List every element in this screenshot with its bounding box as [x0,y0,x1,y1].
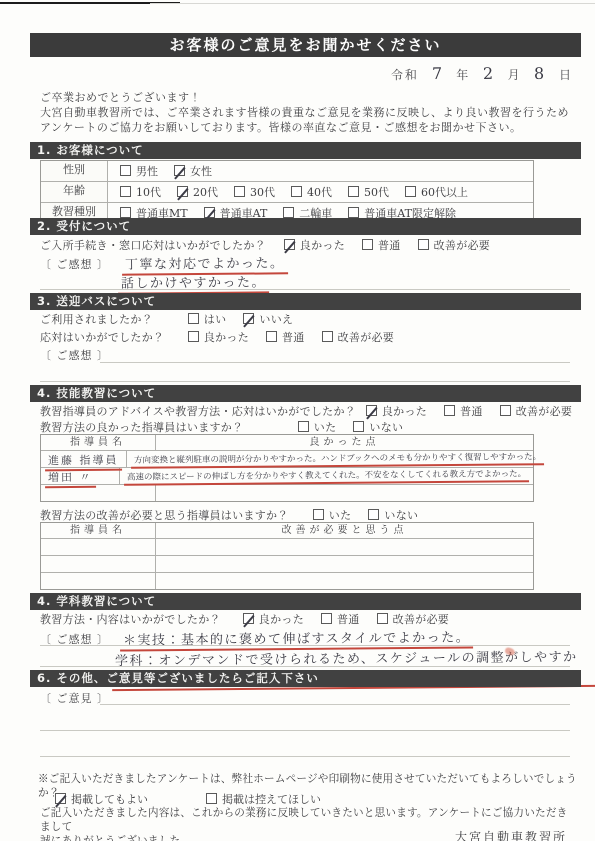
scan-edge-line-faint [150,3,595,4]
section-6-header: 6. その他、ご意見等ございましたらご記入下さい [30,670,581,687]
section-2-header: 2. 受付について [30,218,581,235]
section-3-header: 3. 送迎バスについて [30,293,581,310]
checkbox-unchecked-icon [418,239,429,250]
good-instructor-question-row: 教習方法の良かった指導員はいますか？ いたいない [40,420,420,435]
checkbox-option: 40代 [291,184,332,202]
date-line: 令和 7 年 2 月 8 日 [391,64,573,83]
checkbox-option: はい [188,312,227,327]
option-label: はい [204,313,227,326]
option-label: 改善が必要 [393,613,450,626]
handwritten-instructor-name: 増田 〃 [45,469,96,488]
publish-options: 掲載してもよい掲載は控えてほしい [55,788,379,807]
day-unit: 日 [559,68,573,82]
profile-row-label: 性別 [41,161,108,181]
checkbox-checked-icon [55,793,66,804]
option-label: 60代以上 [421,186,468,199]
checkbox-unchecked-icon [120,186,131,197]
table-header-row: 指導員名良かった点 [41,435,533,450]
improve-instructor-question: 教習方法の改善が必要と思う指導員はいますか？ [40,508,295,523]
bus-used-question-row: ご利用されましたか？ はいいいえ [40,312,310,327]
improve-instructor-table: 指導員名改善が必要と思う点 [40,522,534,590]
checkbox-checked-icon [204,207,215,218]
checkbox-option: いた [313,508,352,523]
option-label: 10代 [136,186,161,199]
good-instructor-options: いたいない [298,420,421,435]
option-label: 50代 [364,186,389,199]
checkbox-option: 30代 [234,184,275,202]
option-label: 普通 [460,405,483,418]
feedback-label: 〔 ご感想 〕 [40,258,109,271]
handwritten-instructor-comment: 方向変換と縦列駐車の説明が分かりやすかった。ハンドブックへのメモも分かりやすく復… [130,450,543,469]
option-label: 改善が必要 [434,239,491,252]
bus-used-question: ご利用されましたか？ [40,312,170,327]
school-signature: 大宮自動車教習所 [455,828,567,841]
month-unit: 月 [508,68,522,82]
checkbox-checked-icon [243,613,254,624]
checkbox-option: いない [368,508,418,523]
checkbox-unchecked-icon [188,331,199,342]
improve-instructor-options: いたいない [313,508,436,523]
section-1-header: 1. お客様について [30,142,581,159]
profile-row-options: 10代20代30代40代50代60代以上 [108,182,533,202]
checkbox-option: 普通 [362,238,401,253]
writing-rule-line [100,362,570,363]
era-label: 令和 [391,68,419,82]
option-label: 改善が必要 [516,405,573,418]
checkbox-option: いない [353,420,403,435]
profile-row-label: 年齢 [41,182,108,202]
option-label: 30代 [250,186,275,199]
table-header-cell: 指導員名 [41,435,156,450]
checkbox-option: 女性 [174,163,212,181]
writing-rule-line [40,756,570,757]
instructor-comment-cell: 高速の際にスピードの伸ばし方を分かりやすく教えてくれた。不安をなくしてくれる教え… [120,468,533,484]
checkbox-option: 60代以上 [405,184,468,202]
checkbox-unchecked-icon [353,421,364,432]
checkbox-option: 50代 [348,184,389,202]
intro-line: ご卒業おめでとうございます！ [40,90,569,105]
table-row [41,538,533,555]
checkbox-unchecked-icon [362,239,373,250]
section-5-header: 4. 学科教習について [30,593,581,610]
table-header-cell: 指導員名 [41,523,156,538]
option-label: 女性 [190,165,212,178]
writing-rule-line [40,381,570,382]
checkbox-unchecked-icon [377,613,388,624]
checkbox-unchecked-icon [283,207,294,218]
checkbox-unchecked-icon [348,207,359,218]
profile-row-options: 男性女性 [108,161,533,181]
good-instructor-question: 教習方法の良かった指導員はいますか？ [40,420,280,435]
instructor-name-cell [41,556,156,572]
checkbox-unchecked-icon [234,186,245,197]
option-label: 普通 [337,613,360,626]
checkbox-unchecked-icon [291,186,302,197]
skill-question: 教習指導員のアドバイスや教習方法・応対はいかがでしたか？ [40,405,356,418]
option-label: いいえ [259,313,293,326]
checkbox-unchecked-icon [188,313,199,324]
checkbox-option: いいえ [243,312,293,327]
reception-options: 良かった普通改善が必要 [284,238,507,253]
checkbox-checked-icon [284,239,295,250]
instructor-name-cell [41,573,156,589]
table-header-row: 指導員名改善が必要と思う点 [41,523,533,538]
checkbox-unchecked-icon [313,509,324,520]
checkbox-option: 普通 [266,330,305,345]
profile-row: 年齢10代20代30代40代50代60代以上 [41,181,533,202]
checkbox-option: 良かった [188,330,249,345]
improve-instructor-question-row: 教習方法の改善が必要と思う指導員はいますか？ いたいない [40,508,435,523]
checkbox-unchecked-icon [405,186,416,197]
skill-question-row: 教習指導員のアドバイスや教習方法・応対はいかがでしたか？ 良かった普通改善が必要 [40,404,589,419]
checkbox-option: いた [298,420,337,435]
bus-service-question-row: 応対はいかがでしたか？ 良かった普通改善が必要 [40,330,411,345]
bus-service-question: 応対はいかがでしたか？ [40,330,170,345]
handwritten-year: 7 [425,64,451,83]
checkbox-option: 普通 [321,612,360,627]
option-label: 普通 [282,331,305,344]
handwritten-instructor-comment: 高速の際にスピードの伸ばし方を分かりやすく教えてくれた。不安をなくしてくれる教え… [124,467,529,486]
instructor-name-cell: 進藤 指導員 [41,451,127,467]
scanned-survey-page: お客様のご意見をお聞かせください 令和 7 年 2 月 8 日 ご卒業おめでとう… [0,0,595,841]
lecture-question: 教習方法・内容はいかがでしたか？ [40,612,225,627]
checkbox-checked-icon [243,313,254,324]
checkbox-option: 掲載してもよい [55,791,148,807]
checkbox-unchecked-icon [500,405,511,416]
checkbox-unchecked-icon [206,793,217,804]
checkbox-unchecked-icon [298,421,309,432]
checkbox-unchecked-icon [266,331,277,342]
handwritten-month: 2 [476,64,502,83]
page-title: お客様のご意見をお聞かせください [30,33,581,57]
option-label: 掲載は控えてほしい [222,793,321,806]
checkbox-unchecked-icon [120,165,131,176]
bus-used-options: はいいいえ [188,312,311,327]
instructor-comment-cell [156,573,533,589]
checkbox-unchecked-icon [348,186,359,197]
intro-line: 大宮自動車教習所では、ご卒業されます皆様の貴重なご意見を業務に反映し、より良い教… [40,105,569,120]
instructor-comment-cell [156,539,533,555]
year-unit: 年 [456,68,470,82]
good-instructor-table: 指導員名良かった点進藤 指導員方向変換と縦列駐車の説明が分かりやすかった。ハンド… [40,434,534,502]
checkbox-option: 20代 [177,184,218,202]
option-label: 男性 [136,165,158,178]
checkbox-checked-icon [174,165,185,176]
lecture-question-row: 教習方法・内容はいかがでしたか？ 良かった普通改善が必要 [40,612,466,627]
checkbox-option: 改善が必要 [322,330,395,345]
writing-rule-line [100,704,570,705]
skill-options: 良かった普通改善が必要 [366,404,589,419]
checkbox-unchecked-icon [321,613,332,624]
opinion-label: 〔 ご意見 〕 [40,690,109,706]
checkbox-option: 良かった [284,238,345,253]
handwritten-day: 8 [527,64,553,83]
checkbox-option: 良かった [366,404,427,419]
table-header-cell: 改善が必要と思う点 [156,523,533,538]
handwritten-comment: 話しかけやすかった。 [118,272,269,294]
bus-service-options: 良かった普通改善が必要 [188,330,411,345]
option-label: 良かった [204,331,249,344]
customer-profile-table: 性別男性女性年齢10代20代30代40代50代60代以上教習種別普通車MT普通車… [40,160,534,224]
section-4-header: 4. 技能教習について [30,385,581,402]
writing-rule-line [40,289,570,290]
reception-question-row: ご入所手続き・窓口応対はいかがでしたか？ 良かった普通改善が必要 [40,238,507,253]
checkbox-checked-icon [366,405,377,416]
table-header-cell: 良かった点 [156,435,533,450]
option-label: 普通 [378,239,401,252]
option-label: 40代 [307,186,332,199]
profile-row: 性別男性女性 [41,161,533,181]
table-row [41,555,533,572]
checkbox-unchecked-icon [444,405,455,416]
intro-paragraph: ご卒業おめでとうございます！ 大宮自動車教習所では、ご卒業されます皆様の貴重なご… [40,90,569,135]
checkbox-unchecked-icon [322,331,333,342]
table-row: 進藤 指導員方向変換と縦列駐車の説明が分かりやすかった。ハンドブックへのメモも分… [41,450,533,467]
checkbox-unchecked-icon [120,207,131,218]
option-label: 改善が必要 [338,331,395,344]
option-label: 良かった [382,405,427,418]
feedback-label: 〔 ご感想 〕 [40,347,109,363]
option-label: いた [329,509,352,522]
option-label: 良かった [259,613,304,626]
option-label: いた [314,421,337,434]
checkbox-option: 改善が必要 [377,612,450,627]
option-label: 掲載してもよい [71,793,148,806]
checkbox-option: 普通 [444,404,483,419]
option-label: 20代 [193,186,218,199]
writing-rule-line [40,730,570,731]
instructor-comment-cell [156,556,533,572]
checkbox-option: 男性 [120,163,158,181]
checkbox-option: 掲載は控えてほしい [206,791,321,807]
instructor-name-cell [41,539,156,555]
checkbox-unchecked-icon [368,509,379,520]
option-label: いない [384,509,418,522]
checkbox-option: 改善が必要 [500,404,573,419]
reception-question: ご入所手続き・窓口応対はいかがでしたか？ [40,239,266,252]
table-row [41,484,533,501]
checkbox-option: 10代 [120,184,161,202]
table-row [41,572,533,589]
option-label: 良かった [300,239,345,252]
checkbox-checked-icon [177,186,188,197]
instructor-comment-cell: 方向変換と縦列駐車の説明が分かりやすかった。ハンドブックへのメモも分かりやすく復… [127,451,548,467]
lecture-options: 良かった普通改善が必要 [243,612,466,627]
option-label: いない [369,421,403,434]
instructor-comment-cell [156,485,533,501]
checkbox-option: 改善が必要 [418,238,491,253]
intro-line: アンケートのご協力をお願いしております。皆様の率直なご意見・ご感想をお聞かせ下さ… [40,120,569,135]
writing-rule-line [40,666,570,667]
checkbox-option: 良かった [243,612,304,627]
